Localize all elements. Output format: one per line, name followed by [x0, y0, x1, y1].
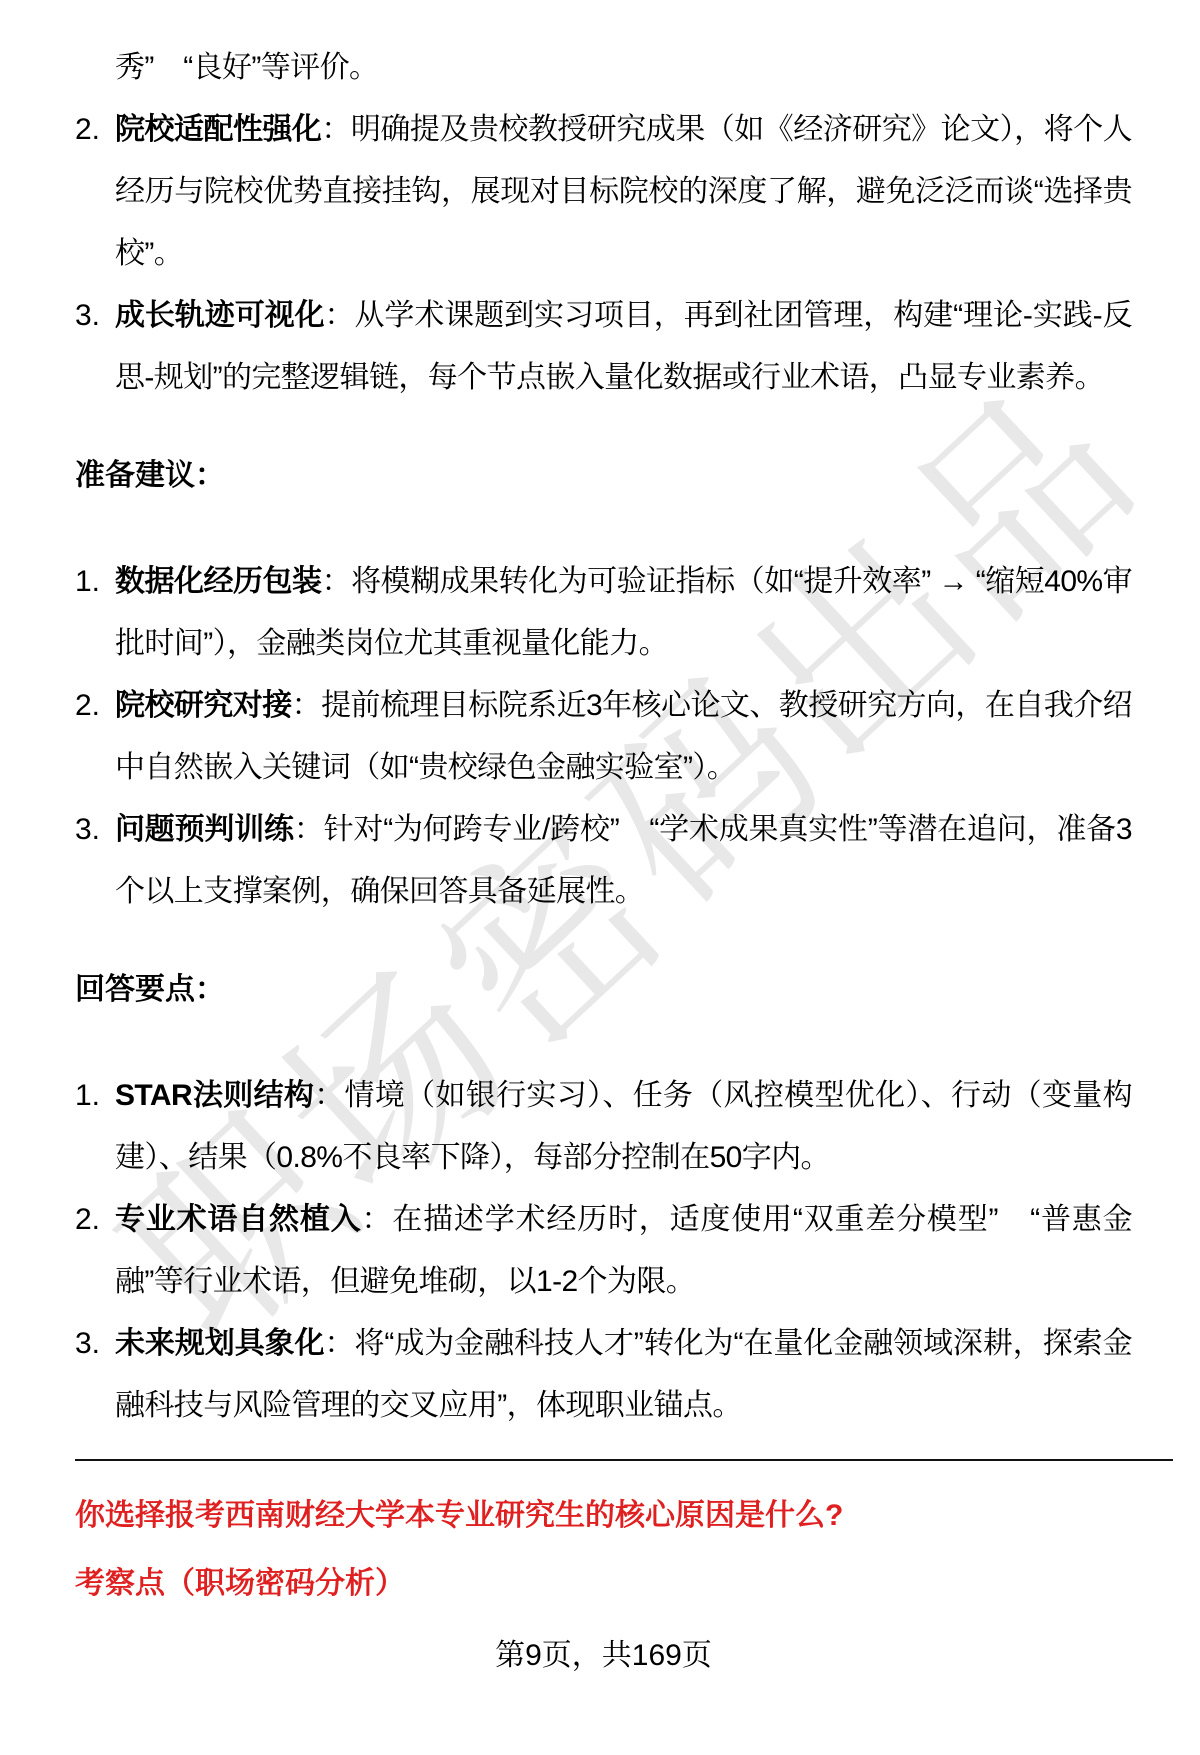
list-item-number: 2.: [75, 99, 115, 285]
section-divider: [75, 1459, 1173, 1461]
paragraph-continuation: 秀” “良好”等评价。: [115, 37, 1132, 99]
list-item-term: 专业术语自然植入: [115, 1203, 362, 1236]
page-content: 秀” “良好”等评价。 2. 院校适配性强化：明确提及贵校教授研究成果（如《经济…: [0, 0, 1200, 1687]
list-item-text: 未来规划具象化：将“成为金融科技人才”转化为“在量化金融领域深耕，探索金融科技与…: [115, 1313, 1132, 1437]
list-item-term: 数据化经历包装: [115, 565, 322, 598]
list-item-text: 数据化经历包装：将模糊成果转化为可验证指标（如“提升效率” → “缩短40%审批…: [115, 551, 1132, 675]
list-item-question-anticipation: 3. 问题预判训练：针对“为何跨专业/跨校” “学术成果真实性”等潜在追问，准备…: [75, 799, 1132, 923]
list-item-text: 院校适配性强化：明确提及贵校教授研究成果（如《经济研究》论文），将个人经历与院校…: [115, 99, 1132, 285]
list-item-school-fit: 2. 院校适配性强化：明确提及贵校教授研究成果（如《经济研究》论文），将个人经历…: [75, 99, 1132, 285]
section-heading-answer-points: 回答要点：: [75, 959, 1132, 1021]
list-item-research-alignment: 2. 院校研究对接：提前梳理目标院系近3年核心论文、教授研究方向，在自我介绍中自…: [75, 675, 1132, 799]
next-question-title: 你选择报考西南财经大学本专业研究生的核心原因是什么?: [75, 1485, 1132, 1547]
next-question-subheading: 考察点（职场密码分析）: [75, 1553, 1132, 1615]
list-item-number: 3.: [75, 799, 115, 923]
list-item-future-plan: 3. 未来规划具象化：将“成为金融科技人才”转化为“在量化金融领域深耕，探索金融…: [75, 1313, 1132, 1437]
list-item-term: 未来规划具象化: [115, 1327, 325, 1360]
list-item-terminology: 2. 专业术语自然植入：在描述学术经历时，适度使用“双重差分模型” “普惠金融”…: [75, 1189, 1132, 1313]
list-item-growth-track: 3. 成长轨迹可视化：从学术课题到实习项目，再到社团管理，构建“理论-实践-反思…: [75, 285, 1132, 409]
section-heading-preparation: 准备建议：: [75, 445, 1132, 507]
page-footer: 第9页，共169页: [75, 1625, 1132, 1687]
list-item-term: 院校适配性强化: [115, 113, 321, 146]
list-item-term: STAR法则结构: [115, 1079, 314, 1112]
list-item-term: 成长轨迹可视化: [115, 299, 325, 332]
list-item-text: 院校研究对接：提前梳理目标院系近3年核心论文、教授研究方向，在自我介绍中自然嵌入…: [115, 675, 1132, 799]
list-item-number: 2.: [75, 1189, 115, 1313]
list-item-number: 1.: [75, 1065, 115, 1189]
document-page: 职场密码出品 秀” “良好”等评价。 2. 院校适配性强化：明确提及贵校教授研究…: [0, 0, 1200, 1755]
list-item-text: 专业术语自然植入：在描述学术经历时，适度使用“双重差分模型” “普惠金融”等行业…: [115, 1189, 1132, 1313]
list-item-star-structure: 1. STAR法则结构：情境（如银行实习）、任务（风控模型优化）、行动（变量构建…: [75, 1065, 1132, 1189]
list-item-text: 成长轨迹可视化：从学术课题到实习项目，再到社团管理，构建“理论-实践-反思-规划…: [115, 285, 1132, 409]
list-item-number: 2.: [75, 675, 115, 799]
list-item-number: 3.: [75, 1313, 115, 1437]
list-item-text: 问题预判训练：针对“为何跨专业/跨校” “学术成果真实性”等潜在追问，准备3个以…: [115, 799, 1132, 923]
list-item-data-packaging: 1. 数据化经历包装：将模糊成果转化为可验证指标（如“提升效率” → “缩短40…: [75, 551, 1132, 675]
list-item-text: STAR法则结构：情境（如银行实习）、任务（风控模型优化）、行动（变量构建）、结…: [115, 1065, 1132, 1189]
list-item-number: 3.: [75, 285, 115, 409]
list-item-term: 院校研究对接: [115, 689, 292, 722]
list-item-number: 1.: [75, 551, 115, 675]
list-item-term: 问题预判训练: [115, 813, 294, 846]
